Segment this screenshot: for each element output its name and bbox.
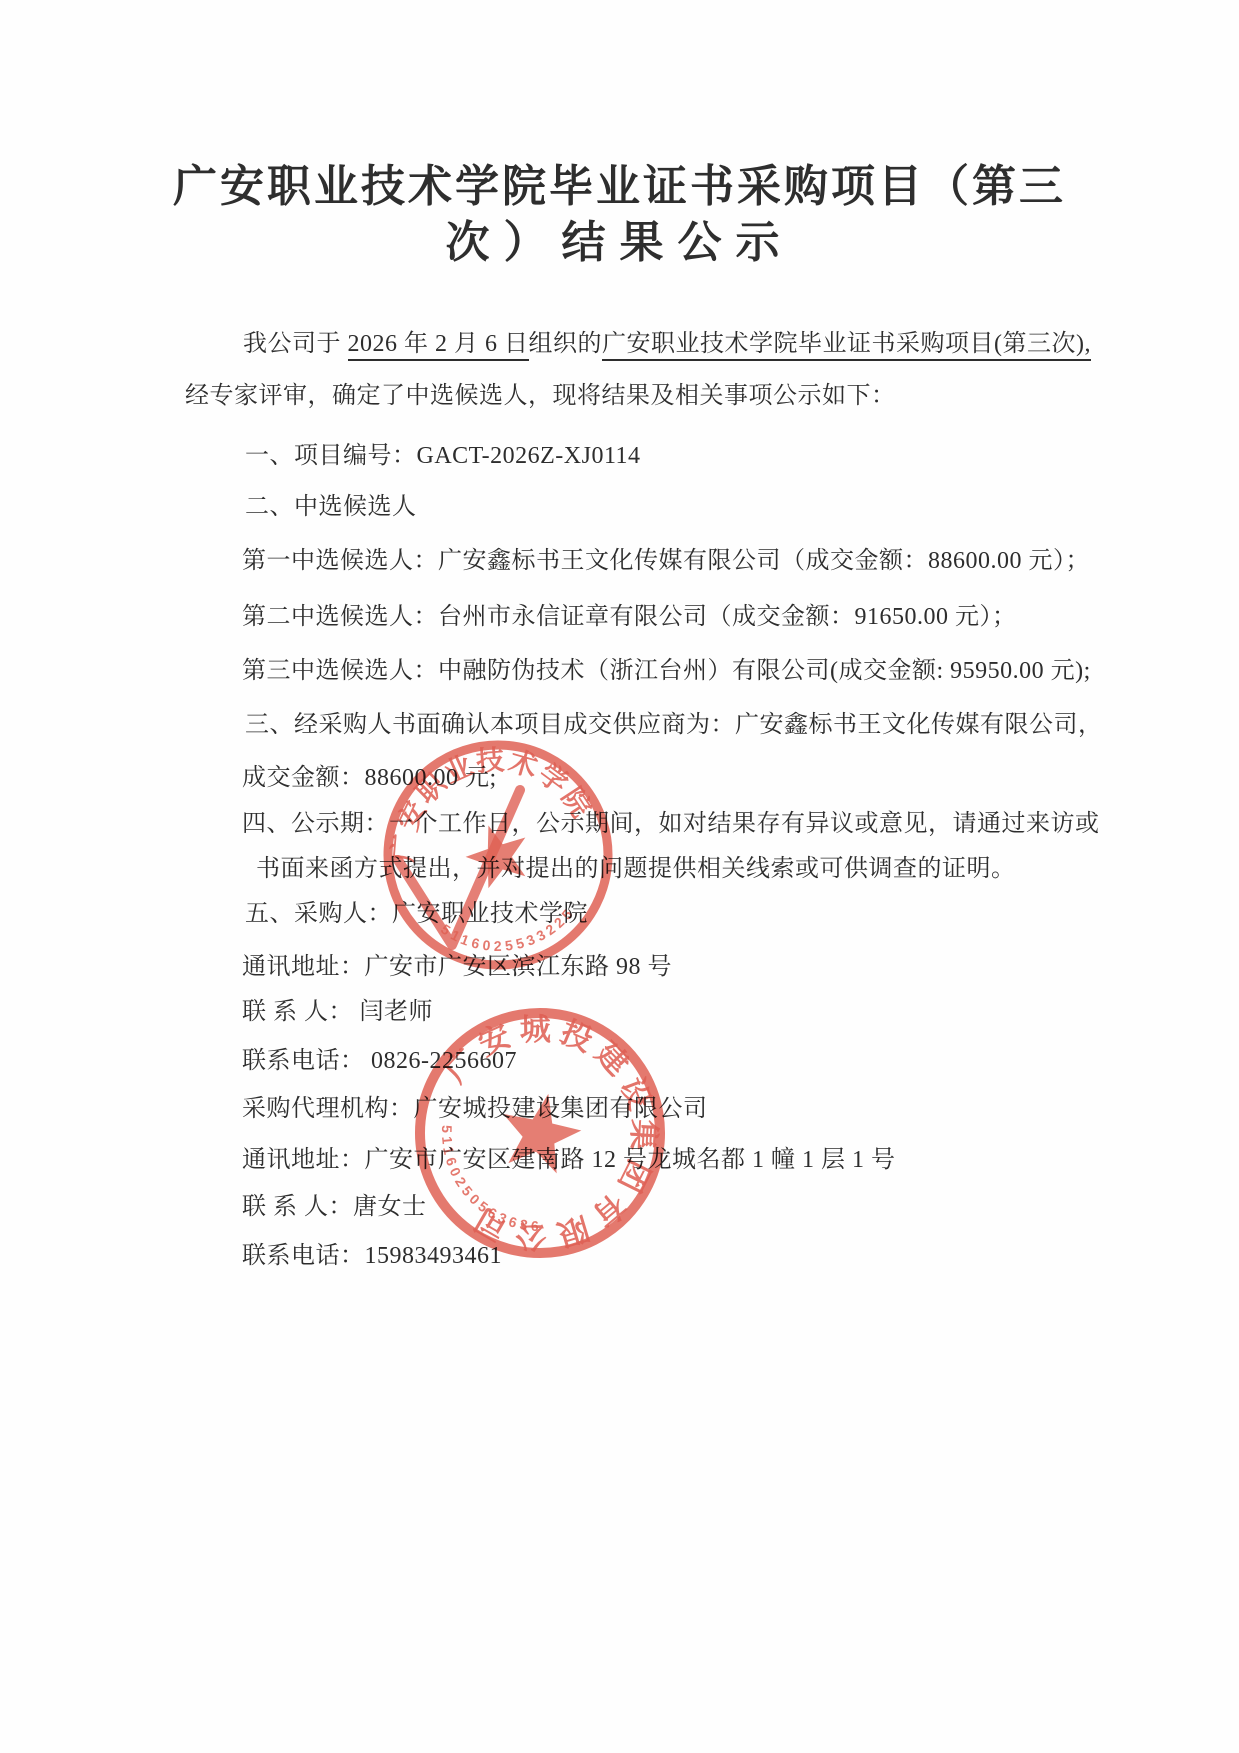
document-page: 广安职业技术学院毕业证书采购项目（第三 次）结果公示 我公司于 2026 年 2… [0,0,1239,1753]
star-icon [493,1086,587,1177]
body-line-publicity-period: 四、公示期：一个工作日，公示期间，如对结果存有异议或意见，请通过来访或 [242,806,1100,842]
body-line-agency-contact: 联 系 人：唐女士 [242,1189,427,1225]
body-line-publicity-period-2: 书面来函方式提出，并对提出的问题提供相关线索或可供调查的证明。 [256,851,1016,887]
body-line-candidate-2: 第二中选候选人：台州市永信证章有限公司（成交金额：91650.00 元）； [242,599,1017,635]
page-title-line-1: 广安职业技术学院毕业证书采购项目（第三 [0,150,1239,214]
body-line-project-number: 一、项目编号：GACT-2026Z-XJ0114 [245,438,641,474]
star-icon [459,816,537,892]
agency-seal: 广安城投建设集团有限公司 51160250563636 [410,1003,670,1263]
body-line-candidate-3: 第三中选候选人：中融防伪技术（浙江台州）有限公司(成交金额: 95950.00 … [242,653,1091,689]
purchaser-seal: 广安职业技术学院 5116025533225 [378,735,618,975]
intro-line-2: 经专家评审，确定了中选候选人，现将结果及相关事项公示如下： [185,378,896,414]
body-line-candidate-1: 第一中选候选人：广安鑫标书王文化传媒有限公司（成交金额：88600.00 元）； [242,543,1090,579]
intro-text-start: 我公司于 [243,331,348,357]
intro-text-mid: 组织的 [529,331,603,357]
body-line-candidates-heading: 二、中选候选人 [245,489,417,525]
intro-paragraph: 我公司于 2026 年 2 月 6 日组织的广安职业技术学院毕业证书采购项目(第… [243,326,1091,362]
intro-project-underlined: 广安职业技术学院毕业证书采购项目(第三次), [602,331,1091,361]
body-line-purchaser-contact: 联 系 人： 闫老师 [242,994,433,1030]
intro-date-underlined: 2026 年 2 月 6 日 [348,331,529,361]
page-title-line-2: 次）结果公示 [0,206,1239,270]
body-line-confirmed-supplier: 三、经采购人书面确认本项目成交供应商为：广安鑫标书王文化传媒有限公司， [245,707,1103,743]
